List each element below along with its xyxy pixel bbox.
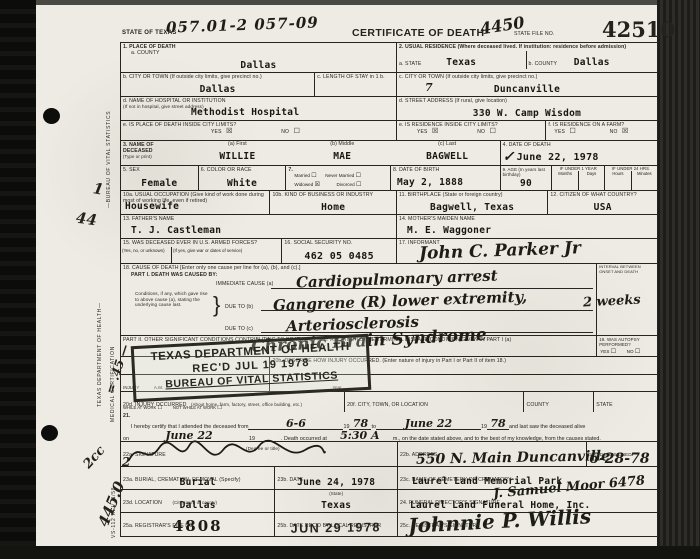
while-at-work-label: WHILE AT WORK <box>123 405 156 410</box>
row-occupation: 10a. USUAL OCCUPATION (Give kind of work… <box>121 191 657 215</box>
due-to-c-label: DUE TO (c) <box>225 326 253 332</box>
married-checkbox: ☐ <box>311 173 316 179</box>
autopsy-no-checkbox: ☐ <box>635 349 640 355</box>
residence-state-value: Texas <box>397 58 526 68</box>
residence-limits-yes-label: YES <box>417 129 428 135</box>
months-label: Months <box>552 171 578 190</box>
middle-name-value: MAE <box>290 152 395 162</box>
first-name-value: WILLIE <box>185 152 290 162</box>
place-limits-no-label: NO <box>281 129 289 135</box>
industry-value: Home <box>270 203 396 213</box>
cert-number: 21. <box>123 413 655 419</box>
hours-label: Hours <box>605 171 631 190</box>
county-label-1a: a. COUNTY <box>131 50 394 56</box>
scan-border-left <box>0 0 36 559</box>
residence-limits-no-checkbox: ☐ <box>490 128 496 135</box>
ssn-value: 462 05 0485 <box>282 252 396 263</box>
scan-border-top <box>36 0 657 5</box>
not-while-at-work-checkbox: ☐ <box>217 405 222 411</box>
injury-city-label: 20f. CITY, TOWN, OR LOCATION <box>347 402 428 408</box>
residence-county-value: Dallas <box>527 58 658 68</box>
father-value: T. J. Castleman <box>131 226 221 236</box>
married-label: Married <box>294 173 310 178</box>
farm-no-label: NO <box>610 129 618 135</box>
race-label: 6. COLOR OR RACE <box>201 167 284 173</box>
hole-punch-bottom <box>41 425 58 441</box>
armed-forces-sub2: (If yes, give war or dates of service) <box>172 247 281 263</box>
farm-yes-label: YES <box>554 129 565 135</box>
hw-informant-signature: John C. Parker Jr <box>419 238 581 264</box>
widowed-label: Widowed <box>294 182 313 187</box>
burial-date-value: June 24, 1978 <box>275 478 397 488</box>
certificate-title: CERTIFICATE OF DEATH <box>352 27 484 39</box>
immediate-cause-label: IMMEDIATE CAUSE (a) <box>216 281 273 287</box>
conditions-brace: } <box>213 292 220 318</box>
farm-no-checkbox: ☒ <box>622 128 628 135</box>
date-of-death-value: June 22, 1978 <box>517 153 599 164</box>
last-name-value: BAGWELL <box>395 152 500 162</box>
while-at-work-checkbox: ☐ <box>158 405 163 411</box>
days-label: Days <box>579 171 604 190</box>
row-hospital-address: d. NAME OF HOSPITAL OR INSTITUTION (If n… <box>121 97 657 121</box>
injury-state-label: STATE <box>596 402 612 408</box>
row-registrar: 25a. REGISTRAR'S FILE NO. 4808 25b. DATE… <box>121 513 657 536</box>
armed-forces-sub1: (Yes, no, or unknown) <box>121 247 172 263</box>
scan-border-right <box>657 0 700 559</box>
row-city-stay: b. CITY OR TOWN (If outside city limits,… <box>121 73 657 97</box>
margin-label-bureau: —BUREAU OF VITAL STATISTICS <box>106 58 112 208</box>
place-limits-no-checkbox: ☐ <box>294 128 300 135</box>
date-received-stamp: JUN 29 1978 <box>275 520 397 536</box>
date-of-birth-value: May 2, 1888 <box>397 178 463 188</box>
place-limits-yes-label: YES <box>211 129 222 135</box>
physician-signature-scribble <box>127 438 327 468</box>
certificate-form: 1. PLACE OF DEATH a. COUNTY Dallas 2. US… <box>120 42 658 537</box>
birthplace-label: 11. BIRTHPLACE (State or foreign country… <box>399 192 545 198</box>
last-name-label: (c) Last <box>395 141 500 147</box>
mother-value: M. E. Waggoner <box>407 226 491 236</box>
minutes-label: Minutes <box>632 171 657 190</box>
date-of-death-label: 4. DATE OF DEATH <box>503 142 655 148</box>
burial-value: Burial <box>121 478 274 488</box>
due-to-b-label: DUE TO (b) <box>225 304 253 310</box>
registrar-file-value: 4808 <box>121 517 274 535</box>
injury-county-label: COUNTY <box>526 402 549 408</box>
conditions-note: Conditions, if any, which gave rise to a… <box>135 291 213 308</box>
hw-interval-b: 2 weeks <box>583 293 641 311</box>
place-city-value: Dallas <box>121 85 314 95</box>
length-of-stay-label: c. LENGTH OF STAY in 1 b. <box>317 74 394 80</box>
autopsy-yes-label: YES <box>600 349 609 354</box>
location-sub2: (State) <box>277 491 395 496</box>
never-married-checkbox: ☐ <box>356 173 361 179</box>
hw-attended-to: June 22 <box>405 417 452 430</box>
residence-city-label: c. CITY OR TOWN (If outside city limits,… <box>399 74 655 80</box>
sex-value: Female <box>121 179 198 189</box>
hospital-value: Methodist Hospital <box>191 108 299 118</box>
industry-label: 10b. KIND OF BUSINESS OR INDUSTRY <box>272 192 394 198</box>
part1-label: PART I. DEATH WAS CAUSED BY: <box>131 272 217 278</box>
row-parents: 13. FATHER'S NAME T. J. Castleman 14. MO… <box>121 215 657 239</box>
margin-note-44: 44 <box>75 209 98 230</box>
place-city-label: b. CITY OR TOWN (If outside city limits,… <box>123 74 312 80</box>
father-label: 13. FATHER'S NAME <box>123 216 394 222</box>
farm-yes-checkbox: ☐ <box>569 128 575 135</box>
place-limits-yes-checkbox: ☒ <box>226 128 232 135</box>
not-while-at-work-label: NOT WHILE AT WORK <box>173 405 216 410</box>
sex-label: 5. SEX <box>123 167 196 173</box>
hw-date-signed: 6-28-78 <box>589 451 649 467</box>
cert-t3: and last saw the deceased alive <box>509 424 585 430</box>
location-city-value: Dallas <box>121 501 274 511</box>
age-value: 90 <box>501 179 552 189</box>
margin-label-dept: TEXAS DEPARTMENT OF HEALTH— <box>97 212 103 407</box>
residence-limits-yes-checkbox: ☒ <box>432 128 438 135</box>
street-address-label: d. STREET ADDRESS (If rural, give locati… <box>399 98 655 104</box>
hole-punch-top <box>43 108 60 124</box>
row-physician: 22a. SIGNATURE (Degree or title) 22b. AD… <box>121 442 657 467</box>
hw-date-check: ✓ <box>503 149 515 165</box>
race-value: White <box>199 179 286 189</box>
street-address-value: 330 W. Camp Wisdom <box>397 109 657 119</box>
autopsy-yes-checkbox: ☐ <box>611 349 616 355</box>
row-city-limits: e. IS PLACE OF DEATH INSIDE CITY LIMITS?… <box>121 121 657 141</box>
row-sex-race-age: 5. SEX Female 6. COLOR OR RACE White 7. … <box>121 166 657 191</box>
autopsy-no-label: NO <box>627 349 634 354</box>
occupation-value: Housewife <box>125 202 179 212</box>
state-file-number: 42510 <box>602 17 675 42</box>
birthplace-value: Bagwell, Texas <box>397 203 547 213</box>
citizen-label: 12. CITIZEN OF WHAT COUNTRY? <box>550 192 655 198</box>
hw-to-year: 78 <box>490 417 505 430</box>
scanned-death-certificate: —BUREAU OF VITAL STATISTICS TEXAS DEPART… <box>0 0 700 559</box>
interval-label: INTERVAL BETWEEN ONSET AND DEATH <box>599 265 655 275</box>
never-married-label: Never Married <box>325 173 354 178</box>
mother-label: 14. MOTHER'S MAIDEN NAME <box>399 216 655 222</box>
row-forces-ssn-informant: 15. WAS DECEASED EVER IN U.S. ARMED FORC… <box>121 239 657 264</box>
age-label: 9. AGE (In years last birthday) <box>503 167 550 178</box>
scan-border-bottom <box>0 546 700 559</box>
middle-name-label: (b) Middle <box>290 141 395 147</box>
ssn-label: 16. SOCIAL SECURITY NO. <box>284 240 394 246</box>
residence-city-value: Duncanville <box>397 85 657 95</box>
widowed-checkbox: ☒ <box>315 182 320 188</box>
state-file-no-label: STATE FILE NO. <box>514 31 554 37</box>
first-name-label: (a) First <box>185 141 290 147</box>
hw-attended-from: 6-6 <box>286 417 306 430</box>
autopsy-label: 19. WAS AUTOPSY PERFORMED? <box>599 337 655 348</box>
hw-physician-address: 550 N. Main Duncanville <box>416 448 610 467</box>
armed-forces-label: 15. WAS DECEASED EVER IN U.S. ARMED FORC… <box>121 239 281 247</box>
hw-death-time: 5:30 A <box>340 429 379 442</box>
divorced-label: Divorced <box>337 182 355 187</box>
row-place-residence: 1. PLACE OF DEATH a. COUNTY Dallas 2. US… <box>121 43 657 73</box>
usual-residence-heading: 2. USUAL RESIDENCE (Where deceased lived… <box>397 43 657 51</box>
location-state-value: Texas <box>275 501 397 511</box>
place-county-value: Dallas <box>121 61 396 71</box>
divorced-checkbox: ☐ <box>356 182 361 188</box>
row-name-deceased: 3. NAME OF DECEASED (Type or print) (a) … <box>121 141 657 166</box>
row-cause-of-death: 18. CAUSE OF DEATH [Enter only one cause… <box>121 264 657 336</box>
name-sub: (Type or print) <box>123 154 183 159</box>
citizen-value: USA <box>548 203 657 213</box>
date-of-birth-label: 8. DATE OF BIRTH <box>393 167 498 173</box>
residence-limits-no-label: NO <box>477 129 485 135</box>
